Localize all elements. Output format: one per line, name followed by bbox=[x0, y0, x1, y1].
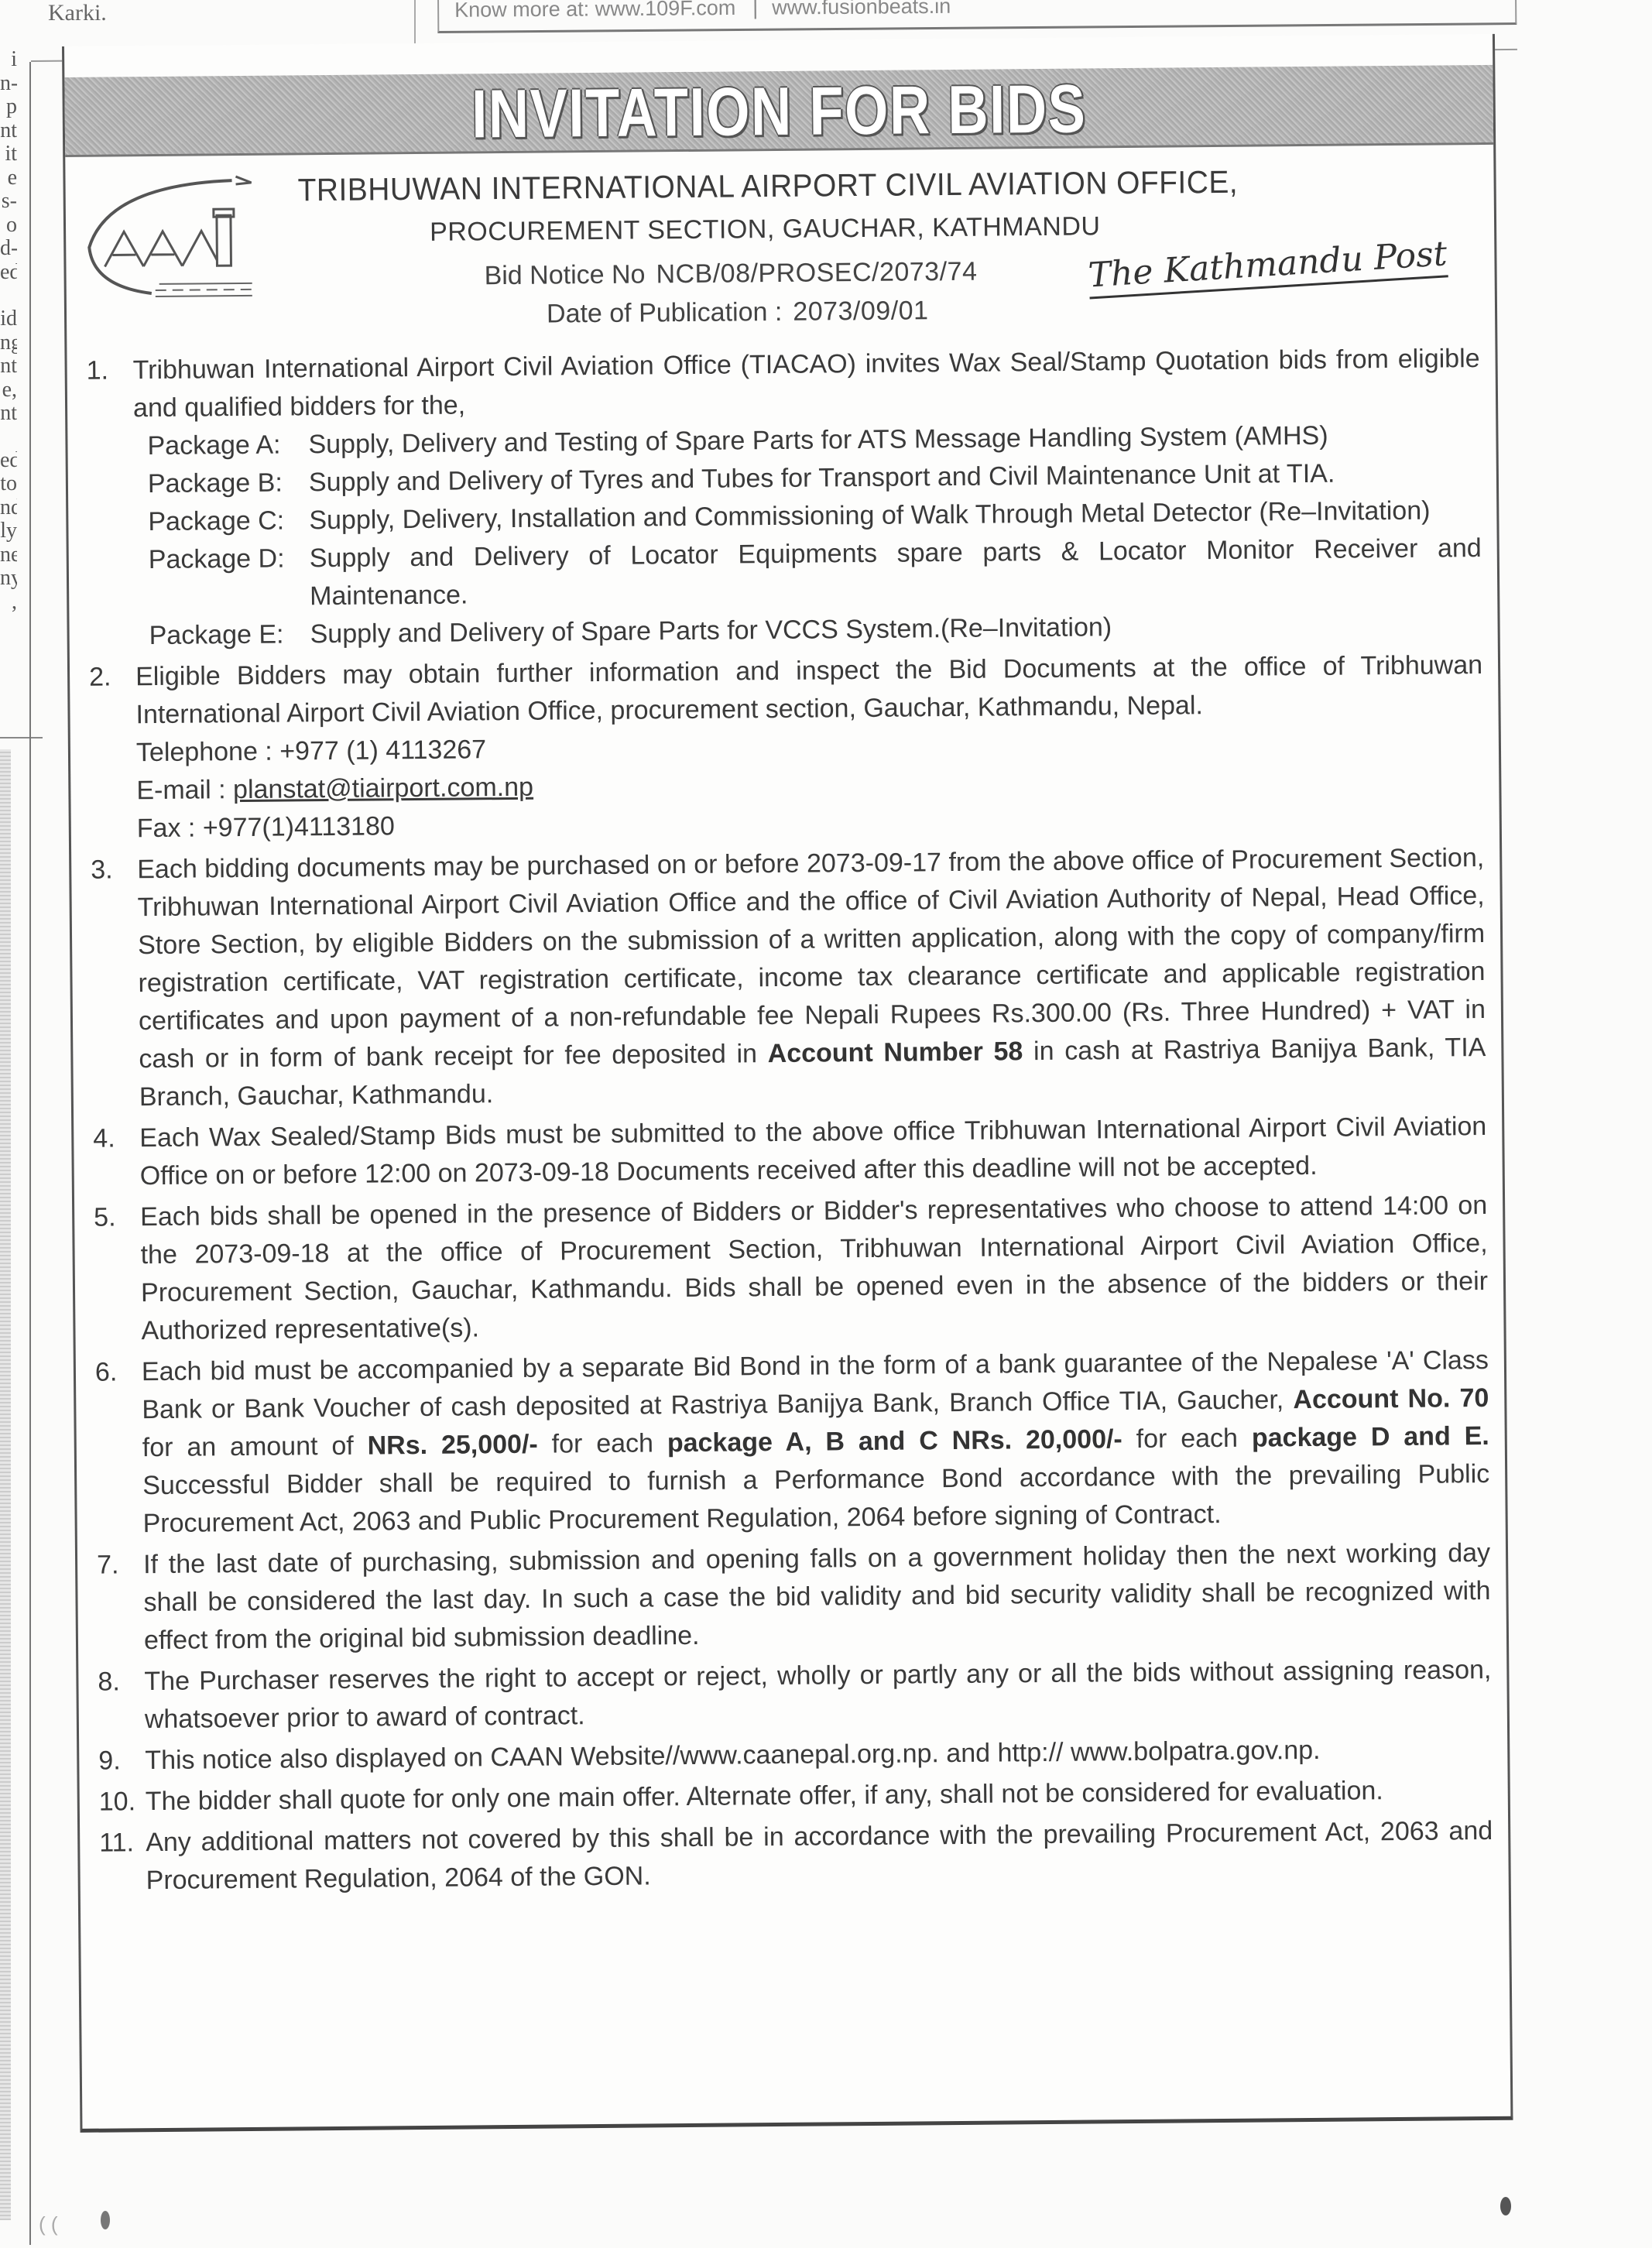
clause-number: 8. bbox=[98, 1663, 120, 1701]
clause-number: 4. bbox=[93, 1119, 115, 1157]
margin-shade bbox=[0, 749, 11, 2220]
ad-know-more: Know more at: www.109F.com bbox=[454, 0, 735, 22]
clause-1: 1. Tribhuwan International Airport Civil… bbox=[86, 340, 1482, 656]
ad-separator: | bbox=[752, 0, 758, 20]
clause-7: 7. If the last date of purchasing, submi… bbox=[97, 1534, 1491, 1660]
account-number: Account No. 70 bbox=[1293, 1383, 1489, 1414]
bond-amount: NRs. 25,000/- bbox=[367, 1430, 537, 1461]
fax-value: +977(1)4113180 bbox=[203, 811, 395, 842]
clause-text-part: for an amount of bbox=[142, 1431, 354, 1462]
telephone-value: +977 (1) 4113267 bbox=[279, 735, 486, 766]
margin-fragment: ne bbox=[0, 543, 17, 567]
account-number: Account Number 58 bbox=[768, 1037, 1023, 1068]
clause-number: 11. bbox=[99, 1824, 134, 1862]
package-label: Package C: bbox=[148, 502, 309, 541]
margin-fragment: n- bbox=[0, 72, 17, 96]
fax-label: Fax : bbox=[137, 814, 196, 844]
clause-number: 9. bbox=[98, 1742, 121, 1780]
pub-date-value: 2073/09/01 bbox=[793, 296, 928, 327]
margin-fragment: ng bbox=[0, 331, 17, 355]
margin-fragment bbox=[0, 284, 17, 307]
pub-date-label: Date of Publication : bbox=[547, 297, 783, 329]
margin-fragment: nt bbox=[0, 355, 17, 379]
clause-number: 10. bbox=[99, 1783, 136, 1821]
banner-title: INVITATION FOR BIDS bbox=[193, 67, 1365, 155]
clause-number: 6. bbox=[95, 1353, 118, 1391]
byline-fragment: Karki. bbox=[48, 0, 107, 26]
clause-5: 5. Each bids shall be opened in the pres… bbox=[94, 1187, 1489, 1351]
outer-frame bbox=[29, 62, 31, 2245]
scan-artifact: ( ( bbox=[39, 2212, 58, 2236]
clause-text: Each bid must be accompanied by a separa… bbox=[142, 1342, 1490, 1543]
email-link[interactable]: planstat@tiairport.com.np bbox=[233, 773, 533, 804]
clause-number: 1. bbox=[86, 351, 108, 389]
clause-number: 7. bbox=[97, 1546, 119, 1584]
package-label: Package E: bbox=[149, 615, 310, 655]
clause-text: Each Wax Sealed/Stamp Bids must be submi… bbox=[139, 1108, 1487, 1195]
clause-text-part: for each bbox=[551, 1428, 653, 1458]
margin-fragment: o bbox=[0, 214, 17, 238]
margin-fragment: ed bbox=[0, 449, 17, 473]
margin-fragment: ed bbox=[0, 261, 17, 285]
telephone-label: Telephone : bbox=[136, 737, 272, 768]
margin-fragment: nd bbox=[0, 496, 17, 520]
margin-column-fragments: in-pntites-od-edidngnte,ntedtondlyneny, bbox=[0, 48, 17, 614]
email-label: E-mail : bbox=[136, 775, 226, 805]
handwritten-note: The Kathmandu Post bbox=[1087, 234, 1448, 299]
clause-text: Each bids shall be opened in the presenc… bbox=[140, 1187, 1489, 1350]
margin-fragment: , bbox=[0, 591, 17, 615]
org-name: TRIBHUWAN INTERNATIONAL AIRPORT CIVIL AV… bbox=[297, 164, 1238, 209]
bid-notice-value: NCB/08/PROSEC/2073/74 bbox=[656, 257, 977, 290]
margin-fragment: s- bbox=[0, 190, 17, 214]
package-label: Package D: bbox=[149, 540, 310, 617]
margin-fragment: nt bbox=[0, 402, 17, 426]
ad-strip: Know more at: www.109F.com | www.fusionb… bbox=[437, 0, 1517, 33]
clause-text: Any additional matters not covered by th… bbox=[146, 1812, 1493, 1900]
clause-3: 3. Each bidding documents may be purchas… bbox=[91, 839, 1486, 1117]
margin-fragment: ly bbox=[0, 519, 17, 543]
margin-fragment: ny bbox=[0, 567, 17, 591]
clause-6: 6. Each bid must be accompanied by a sep… bbox=[95, 1342, 1490, 1544]
notice-clauses: 1. Tribhuwan International Airport Civil… bbox=[86, 340, 1493, 1904]
caan-logo-icon bbox=[77, 169, 255, 302]
margin-fragment: e bbox=[0, 166, 17, 190]
clause-2: 2. Eligible Bidders may obtain further i… bbox=[89, 646, 1484, 848]
publication-date: Date of Publication :2073/09/01 bbox=[547, 296, 929, 329]
bid-notice-label: Bid Notice No bbox=[484, 259, 645, 290]
clause-text: If the last date of purchasing, submissi… bbox=[143, 1534, 1491, 1660]
clause-8: 8. The Purchaser reserves the right to a… bbox=[98, 1651, 1492, 1739]
clause-text: Eligible Bidders may obtain further info… bbox=[135, 646, 1483, 734]
bond-packages: package A, B and C NRs. 20,000/- bbox=[667, 1424, 1122, 1458]
title-banner: INVITATION FOR BIDS bbox=[64, 65, 1493, 157]
package-description: Supply and Delivery of Locator Equipment… bbox=[310, 529, 1482, 615]
margin-fragment: d- bbox=[0, 237, 17, 261]
bid-notice-box: INVITATION FOR BIDS TRIBHUWAN INTERNATIO… bbox=[62, 34, 1513, 2133]
clause-text-part: for each bbox=[1136, 1424, 1239, 1454]
package-list: Package A:Supply, Delivery and Testing o… bbox=[133, 416, 1482, 655]
package-label: Package A: bbox=[147, 426, 308, 465]
clause-text: Each bidding documents may be purchased … bbox=[137, 839, 1486, 1116]
clause-text-part: Successful Bidder shall be required to f… bbox=[142, 1459, 1489, 1538]
margin-fragment: it bbox=[0, 142, 17, 166]
clause-text: Tribhuwan International Airport Civil Av… bbox=[132, 340, 1480, 427]
scan-artifact-dot bbox=[101, 2211, 110, 2229]
margin-fragment: p bbox=[0, 95, 17, 119]
margin-fragment: nt bbox=[0, 119, 17, 143]
bond-packages: package D and E. bbox=[1252, 1421, 1489, 1453]
clause-text: The Purchaser reserves the right to acce… bbox=[144, 1651, 1492, 1739]
org-subtitle: PROCUREMENT SECTION, GAUCHAR, KATHMANDU bbox=[430, 211, 1101, 248]
scan-artifact-dot bbox=[1500, 2197, 1511, 2215]
margin-fragment: e, bbox=[0, 379, 17, 403]
clause-number: 3. bbox=[91, 851, 113, 889]
package-item: Package D:Supply and Delivery of Locator… bbox=[149, 529, 1482, 617]
clause-4: 4. Each Wax Sealed/Stamp Bids must be su… bbox=[93, 1108, 1487, 1196]
margin-rule bbox=[0, 737, 43, 738]
clause-11: 11. Any additional matters not covered b… bbox=[99, 1812, 1493, 1900]
margin-fragment: id bbox=[0, 307, 17, 331]
margin-fragment bbox=[0, 426, 17, 449]
bid-notice-number: Bid Notice NoNCB/08/PROSEC/2073/74 bbox=[484, 257, 977, 292]
package-label: Package B: bbox=[148, 464, 309, 503]
clause-number: 5. bbox=[94, 1198, 116, 1236]
clause-text-part: Each bid must be accompanied by a separa… bbox=[142, 1345, 1489, 1424]
margin-fragment: i bbox=[0, 48, 17, 72]
ad-site: www.fusionbeats.in bbox=[772, 0, 951, 20]
clause-number: 2. bbox=[89, 658, 111, 696]
margin-fragment: to bbox=[0, 472, 17, 496]
